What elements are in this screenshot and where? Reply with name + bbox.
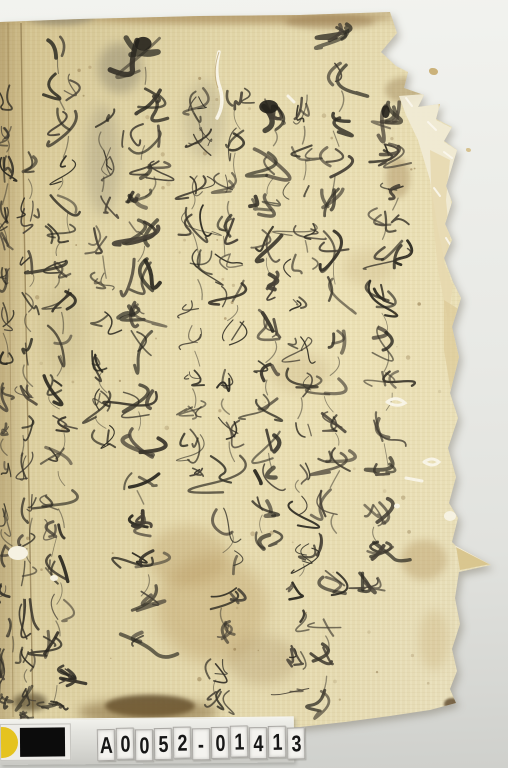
label-tile: 1 (268, 726, 287, 758)
paper-texture (0, 0, 508, 768)
paper-stain (98, 43, 142, 93)
label-tile: 1 (230, 725, 249, 757)
scale-black-square (20, 727, 65, 756)
paper-stain (25, 7, 95, 25)
paper-stain (386, 158, 410, 198)
paper-stain (13, 693, 47, 711)
label-tile-character: A (99, 733, 112, 756)
paper-stain (227, 635, 297, 685)
text-column (271, 95, 326, 695)
paper-left-shading (0, 0, 508, 768)
text-column (83, 109, 121, 448)
text-column (15, 152, 39, 720)
text-column (25, 37, 85, 710)
label-tile-character: 2 (177, 731, 187, 754)
paper-stain (419, 610, 449, 670)
paper-stain (148, 526, 228, 586)
paper-top-browned-edge (0, 0, 508, 768)
label-tile: 3 (287, 727, 306, 759)
paper-stain (157, 554, 267, 662)
paper-stain (444, 698, 460, 710)
paper-stain (343, 250, 393, 286)
label-tile: 4 (249, 727, 267, 759)
text-column (349, 102, 415, 592)
label-tile: - (192, 728, 210, 760)
calligraphy-ink (0, 0, 508, 768)
label-tile: 0 (135, 729, 153, 761)
paper-stain (86, 105, 120, 215)
text-column (103, 37, 177, 657)
photo-scale-strip: A0052-01413 (0, 716, 294, 765)
text-column (176, 88, 223, 476)
label-tiles: A0052-01413 (97, 725, 306, 761)
label-tile-character: 1 (272, 730, 282, 753)
paper-stain (270, 352, 330, 392)
scale-yellow-circle (0, 727, 18, 758)
text-column (189, 89, 255, 715)
manuscript-paper-wrap (0, 0, 508, 768)
label-tile-character: 3 (291, 732, 301, 755)
label-tile: 2 (173, 726, 192, 758)
paper-stain (285, 15, 375, 29)
paper-stain (185, 80, 225, 160)
label-tile-character: 0 (139, 734, 149, 757)
text-column (239, 99, 290, 549)
foxing-speckles (6, 47, 442, 700)
label-tile-character: 1 (234, 730, 244, 753)
text-column (0, 85, 17, 708)
label-tile: 5 (154, 728, 173, 760)
label-tile-character: 4 (253, 732, 263, 755)
label-tile-character: 5 (158, 732, 168, 755)
crease-lines (0, 0, 508, 768)
color-scale-card (0, 723, 71, 761)
paper-stain (401, 540, 447, 580)
label-tile-character: 0 (215, 731, 225, 754)
label-tile-character: 0 (120, 732, 130, 755)
text-column (306, 24, 368, 718)
paper-bottom-shading (0, 0, 508, 768)
label-tile: 0 (211, 727, 230, 759)
paper-stain (90, 12, 390, 24)
manuscript-paper (0, 0, 508, 768)
paper-damage-white-marks (0, 0, 508, 768)
photo-scene: A0052-01413 (0, 0, 508, 768)
paper-stain (105, 695, 195, 717)
label-tile-character: - (198, 733, 204, 756)
paper-stain (41, 285, 87, 375)
paper-stain (385, 77, 425, 103)
label-tile: 0 (116, 728, 135, 760)
label-tile: A (97, 729, 116, 761)
torn-edge-flaps (0, 0, 508, 768)
